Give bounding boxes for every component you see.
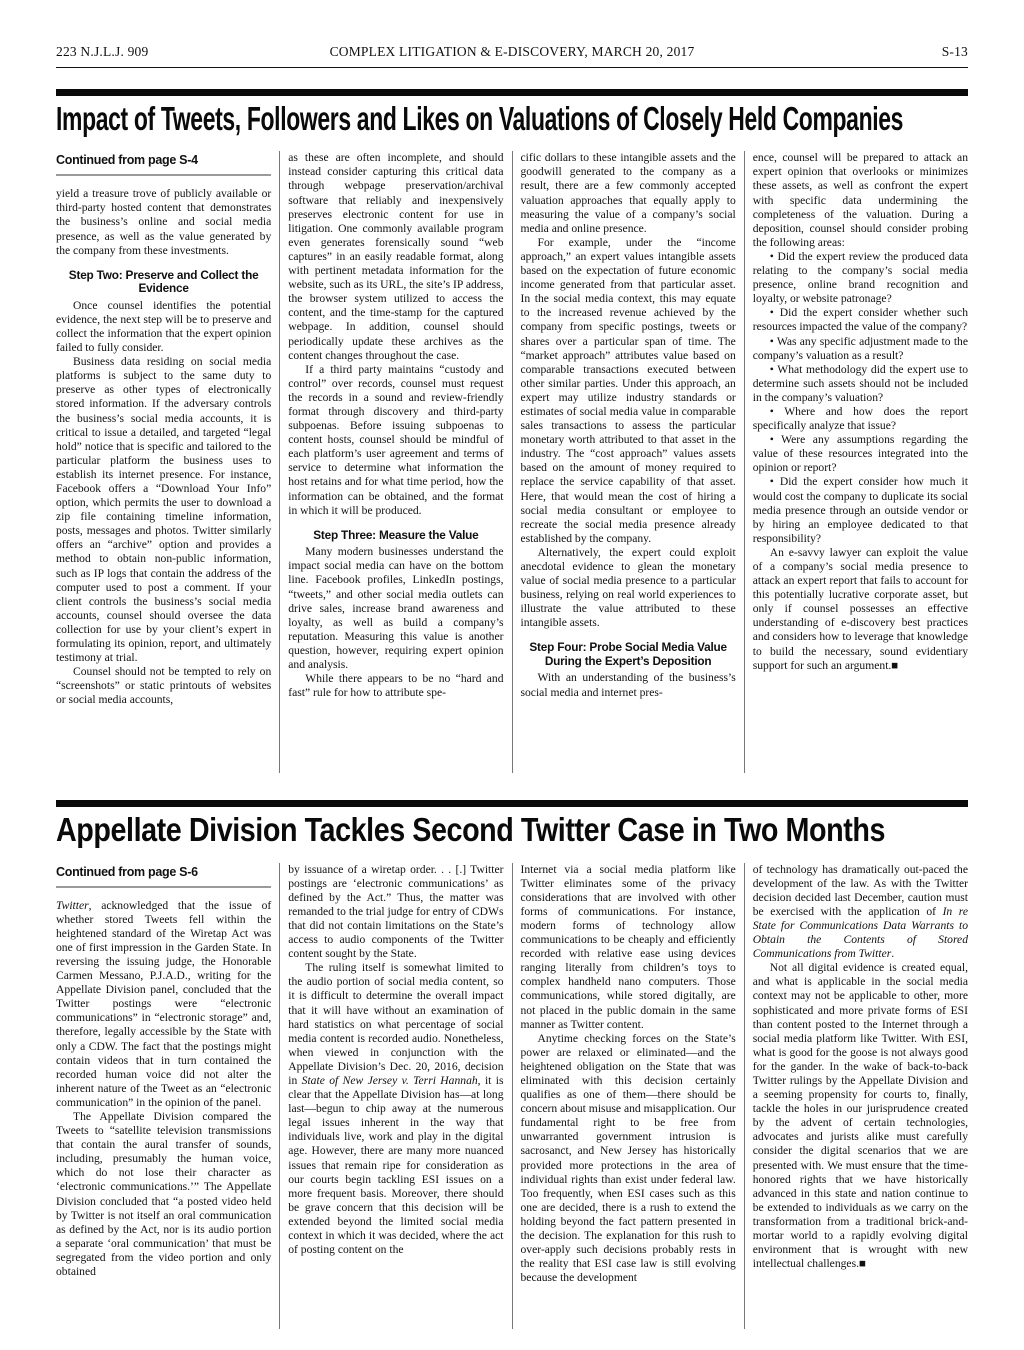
body-paragraph: The ruling itself is somewhat limited to… <box>288 961 503 1257</box>
columns: Continued from page S-6Twitter, acknowle… <box>56 863 968 1329</box>
body-paragraph: Alternatively, the expert could exploit … <box>521 546 736 631</box>
body-paragraph: If a third party maintains “custody and … <box>288 363 503 518</box>
text-column: by issuance of a wiretap order. . . [.] … <box>280 863 512 1329</box>
body-paragraph: The Appellate Division compared the Twee… <box>56 1110 271 1279</box>
article-headline: Impact of Tweets, Followers and Likes on… <box>56 101 968 137</box>
body-paragraph: Anytime checking forces on the State’s p… <box>521 1032 736 1286</box>
body-paragraph: While there appears to be no “hard and f… <box>288 672 503 700</box>
text-column: Internet via a social media platform lik… <box>513 863 745 1329</box>
headline-bar <box>56 89 968 96</box>
bullet-paragraph: • What methodology did the expert use to… <box>753 363 968 405</box>
section-subhead: Step Four: Probe Social Media Value Duri… <box>521 641 736 668</box>
article-twitter-case: Appellate Division Tackles Second Twitte… <box>56 800 968 1328</box>
continued-from-note: Continued from page S-4 <box>56 151 271 176</box>
text-column: ence, counsel will be prepared to attack… <box>745 151 968 773</box>
bullet-paragraph: • Did the expert review the produced dat… <box>753 250 968 306</box>
body-paragraph: Internet via a social media platform lik… <box>521 863 736 1032</box>
text-column: Continued from page S-4yield a treasure … <box>56 151 280 773</box>
masthead-section: COMPLEX LITIGATION & E-DISCOVERY, MARCH … <box>254 44 769 60</box>
newspaper-page: 223 N.J.L.J. 909 COMPLEX LITIGATION & E-… <box>0 44 1024 1329</box>
continued-from-note: Continued from page S-6 <box>56 863 271 888</box>
bullet-paragraph: • Was any specific adjustment made to th… <box>753 335 968 363</box>
body-paragraph: With an understanding of the business’s … <box>521 671 736 699</box>
headline-bar <box>56 800 968 807</box>
body-paragraph: Once counsel identifies the potential ev… <box>56 299 271 355</box>
bullet-paragraph: • Where and how does the report specific… <box>753 405 968 433</box>
body-paragraph: Twitter, acknowledged that the issue of … <box>56 899 271 1110</box>
body-paragraph: Many modern businesses understand the im… <box>288 545 503 672</box>
bullet-paragraph: • Did the expert consider how much it wo… <box>753 475 968 545</box>
bullet-paragraph: • Did the expert consider whether such r… <box>753 306 968 334</box>
text-column: as these are often incomplete, and shoul… <box>280 151 512 773</box>
body-paragraph: Not all digital evidence is created equa… <box>753 961 968 1271</box>
text-column: Continued from page S-6Twitter, acknowle… <box>56 863 280 1329</box>
body-paragraph: yield a treasure trove of publicly avail… <box>56 187 271 257</box>
body-paragraph: as these are often incomplete, and shoul… <box>288 151 503 362</box>
body-paragraph: An e-savvy lawyer can exploit the value … <box>753 546 968 673</box>
body-paragraph: Business data residing on social media p… <box>56 355 271 665</box>
masthead-rule <box>56 67 968 68</box>
section-subhead: Step Two: Preserve and Collect the Evide… <box>56 269 271 296</box>
body-paragraph: of technology has dramatically out-paced… <box>753 863 968 962</box>
text-column: of technology has dramatically out-paced… <box>745 863 968 1329</box>
masthead: 223 N.J.L.J. 909 COMPLEX LITIGATION & E-… <box>56 44 968 60</box>
body-paragraph: cific dollars to these intangible assets… <box>521 151 736 236</box>
text-column: cific dollars to these intangible assets… <box>513 151 745 773</box>
article-valuations: Impact of Tweets, Followers and Likes on… <box>56 89 968 773</box>
body-paragraph: For example, under the “income approach,… <box>521 236 736 546</box>
article-headline: Appellate Division Tackles Second Twitte… <box>56 812 968 848</box>
bullet-paragraph: • Were any assumptions regarding the val… <box>753 433 968 475</box>
body-paragraph: Counsel should not be tempted to rely on… <box>56 665 271 707</box>
body-paragraph: ence, counsel will be prepared to attack… <box>753 151 968 250</box>
masthead-page-number: S-13 <box>770 44 968 60</box>
body-paragraph: by issuance of a wiretap order. . . [.] … <box>288 863 503 962</box>
masthead-issue: 223 N.J.L.J. 909 <box>56 44 254 60</box>
section-subhead: Step Three: Measure the Value <box>288 529 503 543</box>
columns: Continued from page S-4yield a treasure … <box>56 151 968 773</box>
